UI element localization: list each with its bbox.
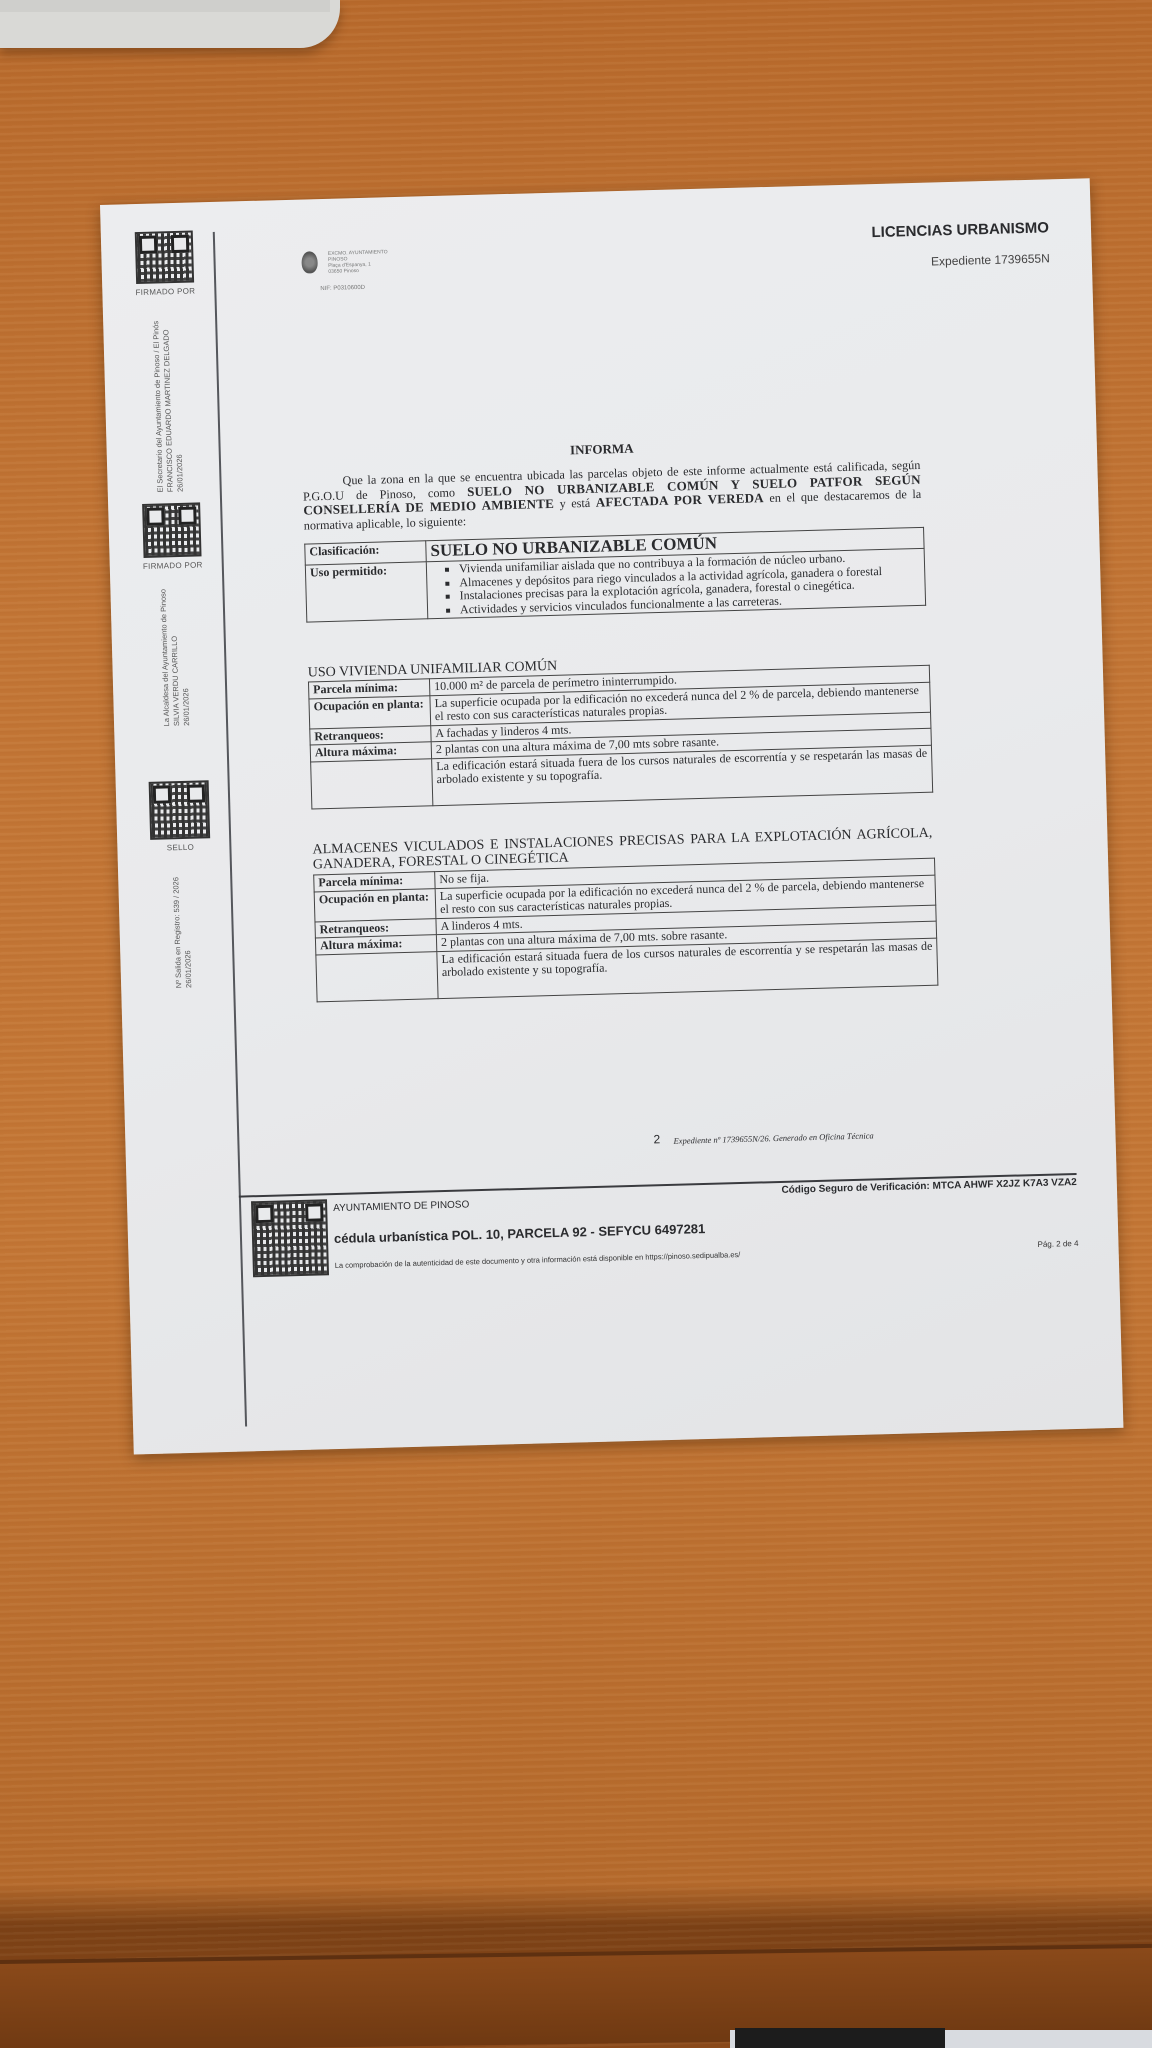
- background-sheet-edge: [0, 0, 330, 12]
- label-uso-permitido: Uso permitido:: [305, 562, 427, 622]
- signature-label: FIRMADO POR: [128, 560, 218, 571]
- qr-code-icon: [251, 1199, 329, 1277]
- seal-block: SELLO Nº Salida en Registro: 539 / 2026 …: [134, 780, 230, 989]
- page-number: 2: [653, 1132, 660, 1146]
- vivienda-table: Parcela mínima:10.000 m² de parcela de p…: [308, 665, 933, 809]
- coat-of-arms-icon: [301, 251, 318, 273]
- qr-code-icon: [149, 780, 211, 840]
- classification-table: Clasificación: SUELO NO URBANIZABLE COMÚ…: [304, 527, 926, 623]
- almacenes-table: Parcela mínima:No se fija. Ocupación en …: [313, 858, 938, 1002]
- qr-code-icon: [135, 231, 194, 285]
- nif: NIF: P0310600D: [320, 284, 388, 292]
- signature-details: La Alcaldesa del Ayuntamiento de Pinoso …: [158, 576, 192, 727]
- uses-list-cell: Vivienda unifamiliar aislada que no cont…: [426, 548, 925, 618]
- expediente-note: Expediente nº 1739655N/26. Generado en O…: [673, 1130, 873, 1145]
- seal-label: SELLO: [135, 842, 225, 853]
- authenticity-note: La comprobación de la autenticidad de es…: [335, 1250, 741, 1270]
- logo-text: EXCMO. AYUNTAMIENTO PINOSO Plaça d'Espan…: [328, 249, 388, 275]
- qr-code-icon: [142, 502, 201, 558]
- signature-block-alcaldesa: FIRMADO POR La Alcaldesa del Ayuntamient…: [126, 502, 222, 727]
- municipal-logo: EXCMO. AYUNTAMIENTO PINOSO Plaça d'Espan…: [301, 249, 388, 292]
- document-page: FIRMADO POR El Secretario del Ayuntamien…: [100, 178, 1123, 1454]
- section-title: LICENCIAS URBANISMO: [871, 219, 1049, 241]
- floor-shadow: [735, 2028, 945, 2048]
- seal-details: Nº Salida en Registro: 539 / 2026 26/01/…: [171, 858, 195, 988]
- issuer: AYUNTAMIENTO DE PINOSO: [333, 1199, 469, 1214]
- page-count: Pág. 2 de 4: [1037, 1239, 1078, 1249]
- uses-list: Vivienda unifamiliar aislada que no cont…: [431, 550, 921, 617]
- signature-label: FIRMADO POR: [120, 286, 210, 297]
- intro-paragraph: Que la zona en la que se encuentra ubica…: [302, 458, 921, 533]
- document-heading: INFORMA: [107, 428, 1097, 471]
- document-subject: cédula urbanística POL. 10, PARCELA 92 -…: [334, 1221, 706, 1246]
- expediente-number: Expediente 1739655N: [931, 251, 1050, 268]
